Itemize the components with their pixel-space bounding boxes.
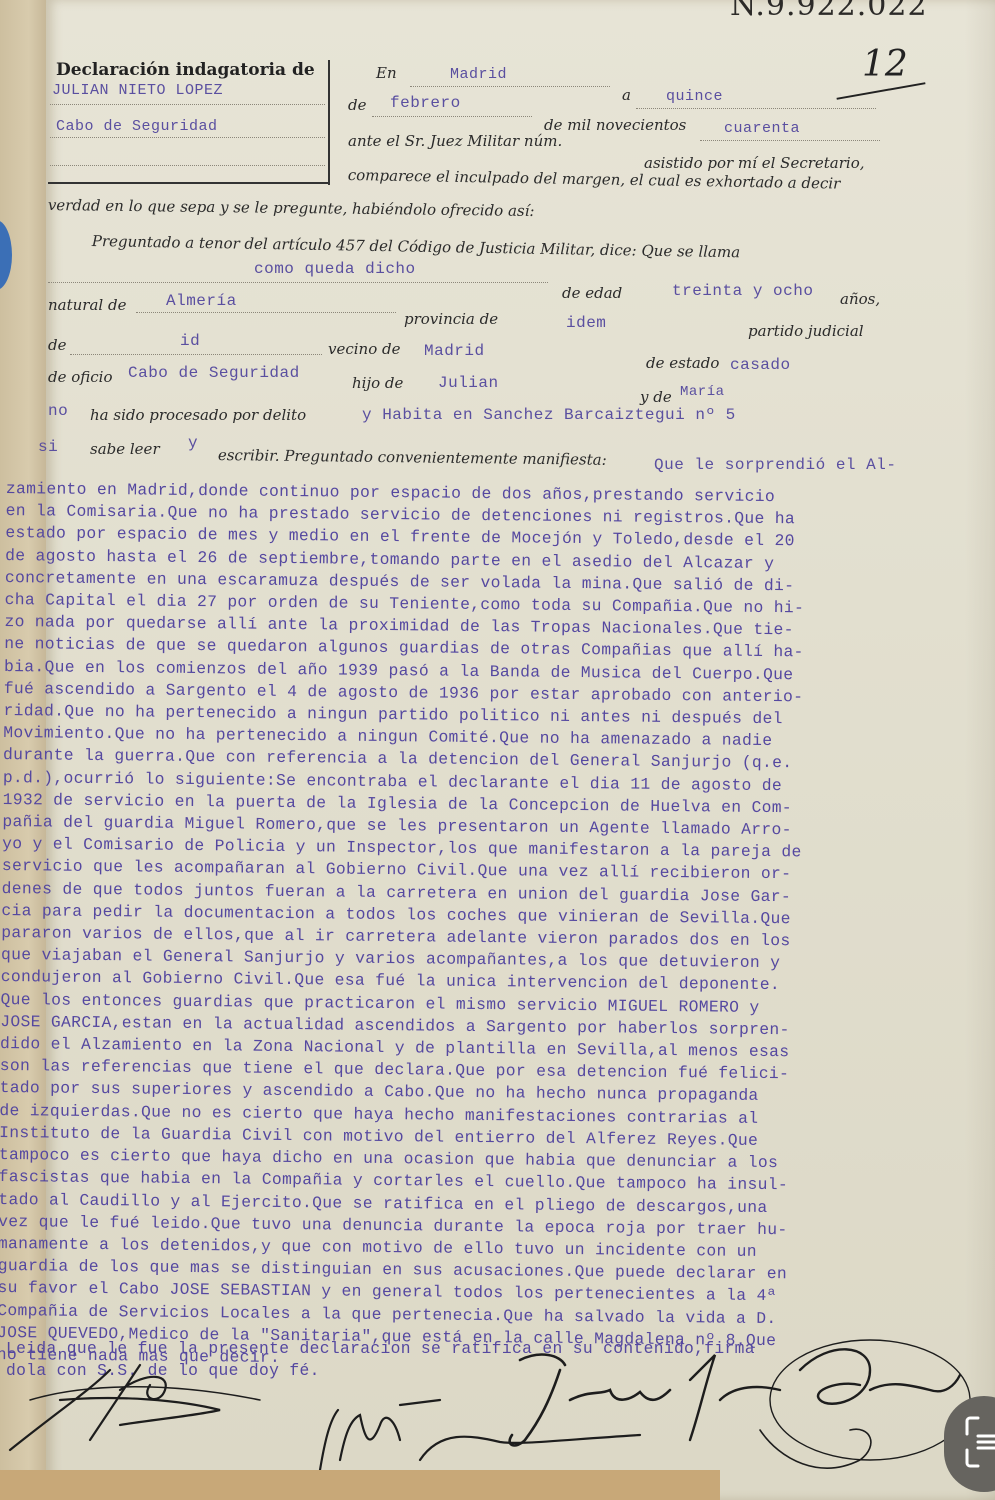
native-value: Almería xyxy=(166,292,237,310)
dotted-line xyxy=(48,282,548,283)
margin-heading: Declaración indagatoria de xyxy=(56,60,315,80)
reads-label: sabe leer xyxy=(90,440,160,458)
age-value: treinta y ocho xyxy=(672,282,813,300)
assisted-text: asistido por mí el Secretario, xyxy=(644,154,865,172)
reads-value: si xyxy=(38,438,58,456)
son-of-label: hijo de xyxy=(352,374,403,392)
de-label: de xyxy=(48,336,66,354)
marital-label: de estado xyxy=(646,354,719,372)
dotted-line xyxy=(372,116,532,117)
resident-value: Madrid xyxy=(424,342,485,360)
label-de: de xyxy=(348,96,366,114)
month-value: febrero xyxy=(390,94,461,112)
writes-value: y xyxy=(188,434,198,452)
folio-number: 12 xyxy=(862,44,908,85)
statement-body: zamiento en Madrid,donde continuo por es… xyxy=(0,478,991,1376)
mother-value: María xyxy=(680,384,725,400)
prosecuted-label: ha sido procesado por delito xyxy=(90,406,306,424)
address-value: y Habita en Sanchez Barcaiztegui nº 5 xyxy=(362,406,736,424)
defendant-name: JULIAN NIETO LOPEZ xyxy=(52,82,223,99)
defendant-rank: Cabo de Seguridad xyxy=(56,118,218,135)
year-value: cuarenta xyxy=(724,120,800,137)
dotted-line xyxy=(636,108,876,109)
day-value: quince xyxy=(666,88,723,105)
father-value: Julian xyxy=(438,374,499,392)
occupation-value: Cabo de Seguridad xyxy=(128,364,300,382)
document-scan-icon xyxy=(964,1414,995,1475)
district-label: partido judicial xyxy=(748,322,864,340)
dotted-line xyxy=(136,312,396,313)
province-label: provincia de xyxy=(404,310,498,328)
margin-box-border xyxy=(48,182,330,184)
district-value: id xyxy=(180,332,200,350)
resident-label: vecino de xyxy=(328,340,401,358)
dotted-line xyxy=(700,140,880,141)
underlying-page-edge xyxy=(0,1470,720,1500)
dotted-line xyxy=(410,86,610,87)
occupation-label: de oficio xyxy=(48,368,113,386)
margin-box-border xyxy=(328,60,330,185)
and-of-label: y de xyxy=(640,388,672,406)
judge-text: ante el Sr. Juez Militar núm. xyxy=(348,132,562,150)
label-year: de mil novecientos xyxy=(544,116,686,134)
marital-value: casado xyxy=(730,356,791,374)
province-value: idem xyxy=(566,314,606,332)
age-label: de edad xyxy=(562,284,622,302)
serial-number: N.9.922.022 xyxy=(730,0,928,23)
label-a: a xyxy=(622,86,631,104)
dotted-line xyxy=(70,354,322,355)
statement-start: Que le sorprendió el Al- xyxy=(654,456,896,474)
prosecuted-value: no xyxy=(48,402,68,420)
years-label: años, xyxy=(840,290,880,308)
dotted-line xyxy=(50,165,325,166)
native-label: natural de xyxy=(48,296,126,314)
place-value: Madrid xyxy=(450,66,507,83)
label-en: En xyxy=(376,64,397,82)
dotted-line xyxy=(50,104,325,105)
dotted-line xyxy=(50,137,325,138)
name-value: como queda dicho xyxy=(254,260,416,278)
